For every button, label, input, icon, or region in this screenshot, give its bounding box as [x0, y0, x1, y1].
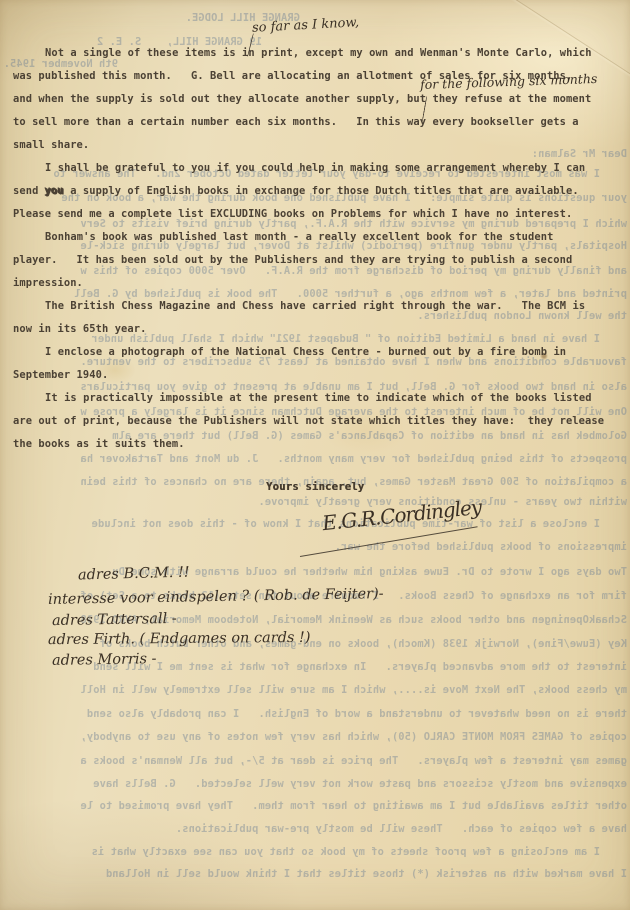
bleedthrough-line: my chess books, The Next Move is...., wh…: [80, 684, 627, 696]
typed-line: The British Chess Magazine and Chess hav…: [13, 295, 623, 318]
typed-line: Bonham's book was published last month -…: [13, 226, 623, 249]
typed-line: September 1940.: [13, 364, 623, 387]
letter-page: GRANGE HILL LODGE.19 GRANGE HILL, S. E. …: [0, 0, 630, 910]
closing-salutation: Yours sincerely: [266, 481, 364, 493]
bleedthrough-line: games may interest a few players. The pr…: [80, 755, 627, 767]
bleedthrough-line: other titles available but I am awaiting…: [80, 800, 627, 812]
overstruck-word: you: [45, 185, 64, 197]
typed-line: and when the supply is sold out they all…: [13, 88, 623, 111]
typed-line: the books as it suits them.: [13, 433, 623, 456]
typed-line: to sell more than a certain number each …: [13, 111, 623, 134]
typed-letter: Not a single of these items is in print,…: [13, 42, 623, 456]
bleedthrough-line: I am enclosing a few proof sheets of my …: [92, 846, 600, 858]
bleedthrough-line: there is no need whatever to understand …: [87, 708, 627, 720]
handwritten-note: interesse voor eindspelen ? ( Rob. de Fe…: [48, 586, 384, 608]
typed-line: Please send me a complete list EXCLUDING…: [13, 203, 623, 226]
typed-line-segment: a supply of English books in exchange fo…: [64, 185, 579, 197]
typed-line: send you a supply of English books in ex…: [13, 180, 623, 203]
handwritten-note: adres B.C.M. !!: [78, 565, 190, 584]
bleedthrough-line: interest to the more advanced players. I…: [93, 661, 627, 673]
bleedthrough-line: have a few copies of each. These will be…: [176, 823, 627, 835]
typed-line-segment: send: [13, 185, 45, 197]
typed-line: impression.: [13, 272, 623, 295]
typed-line: small share.: [13, 134, 623, 157]
bleedthrough-line: I have marked with an asterisk (*) those…: [106, 868, 627, 880]
handwritten-note: adres Tattersall -: [52, 611, 177, 629]
handwritten-note: adres Morris -: [52, 651, 157, 669]
typed-line: player. It has been sold out by the Publ…: [13, 249, 623, 272]
handwritten-note: adres Firth. ( Endgames on cards !): [48, 630, 311, 648]
bleedthrough-line: copies of GAMES FROM MONTE CARLO (50), w…: [80, 731, 627, 743]
typed-line: Not a single of these items is in print,…: [13, 42, 623, 65]
typed-line: I enclose a photograph of the National C…: [13, 341, 623, 364]
typed-line: now in its 65th year.: [13, 318, 623, 341]
handwritten-insert-top: so far as I know,: [252, 15, 360, 36]
typed-line: I shall be grateful to you if you could …: [13, 157, 623, 180]
bleedthrough-line: expensive and mostly scissors and paste …: [93, 778, 627, 790]
typed-line: It is practically impossible at the pres…: [13, 387, 623, 410]
typed-line: are out of print, because the Publishers…: [13, 410, 623, 433]
